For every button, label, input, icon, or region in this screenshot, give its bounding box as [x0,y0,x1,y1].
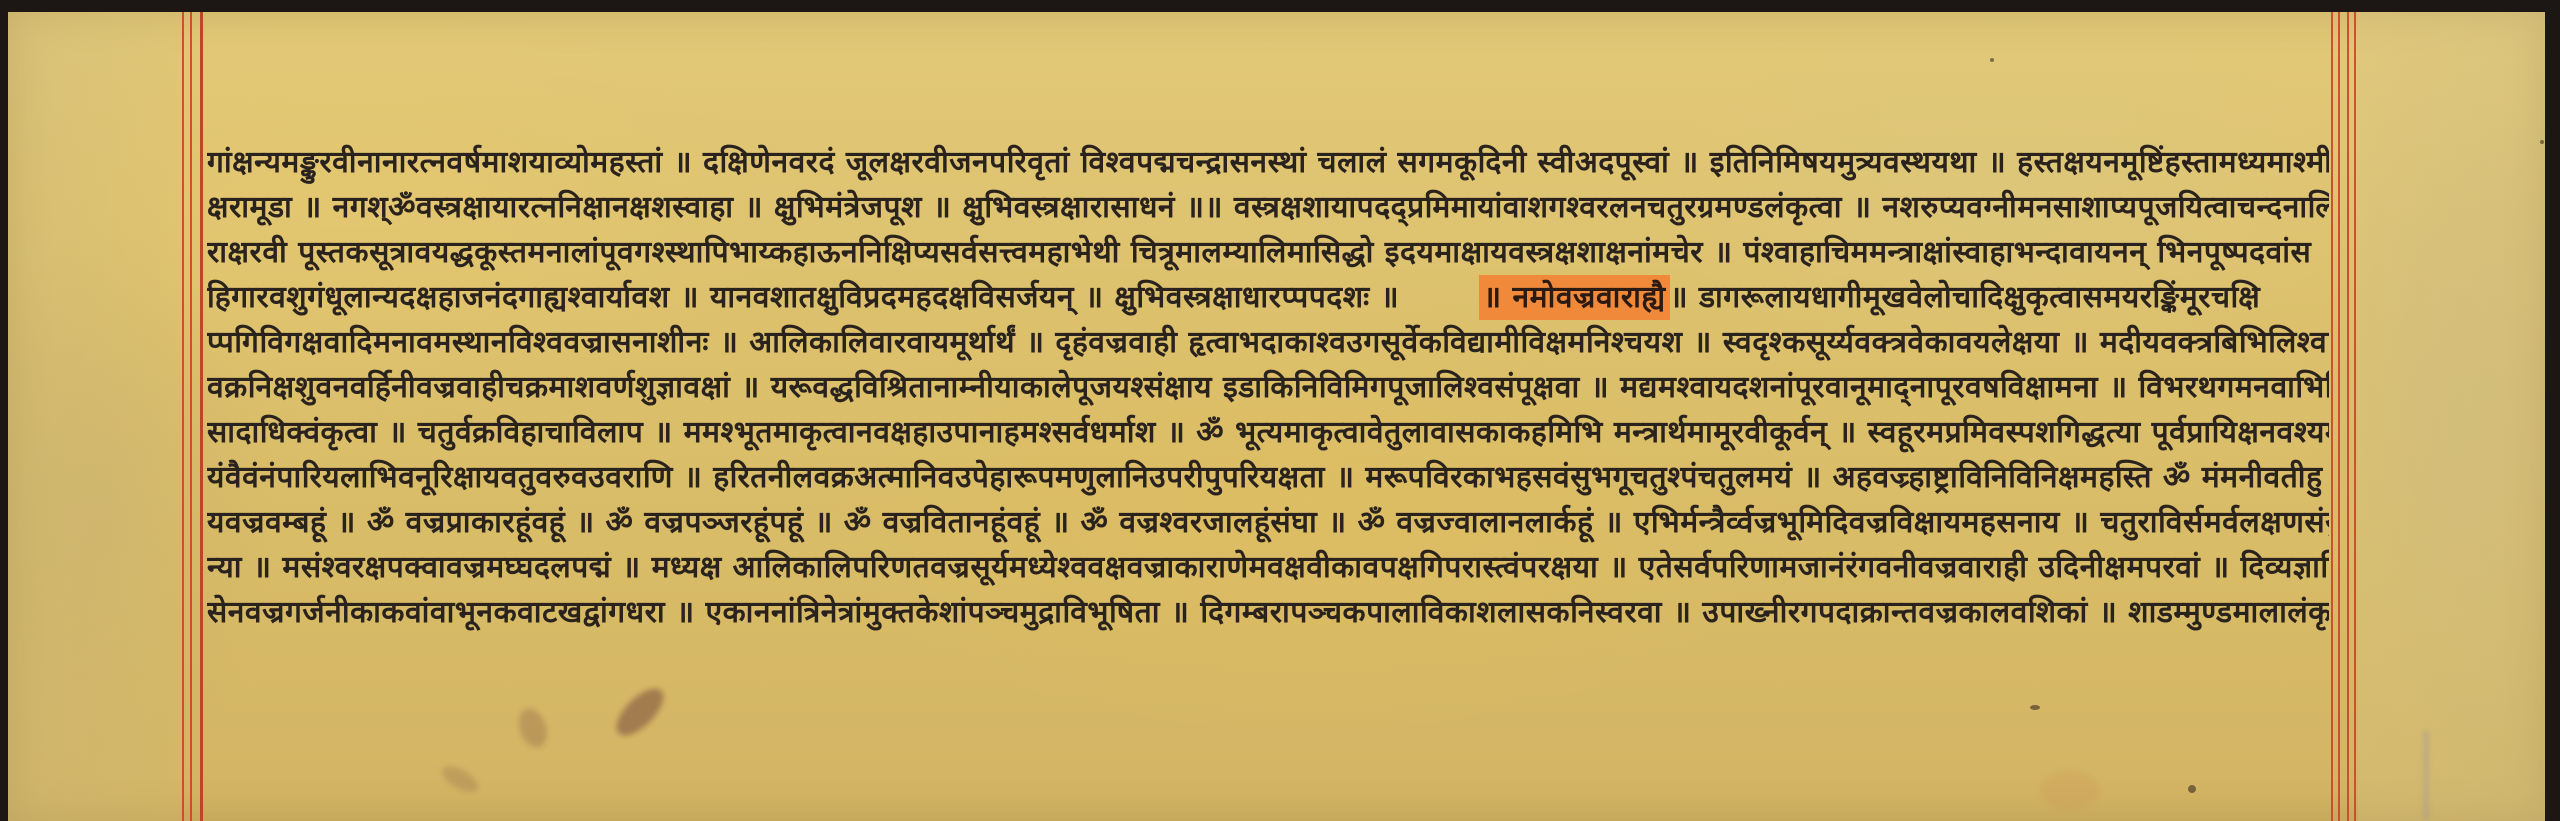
text-line-6: वक्रनिक्षशुवनवर्हिनीवज्रवाहीचक्रमाशवर्णश… [207,365,2329,410]
line-text: यवज्रवम्बहूं ॥ ॐ वज्रप्राकारहूंवहूं ॥ ॐ … [207,500,2329,545]
left-ruling-line [200,12,203,821]
line-text: प्पगिविगक्षवादिमनावमस्थानविश्ववज्रासनाशी… [207,320,2329,365]
line-text: यंवैवंनंपारियलाभिवनूरिक्षायवतुवरुवउवराणि… [207,455,2323,500]
left-margin [8,12,183,821]
right-ruling-line [2331,12,2333,821]
highlighted-invocation: ॥ नमोवज्रवाराह्यै [1479,275,1669,320]
paper-crease [2423,730,2429,820]
text-line-5: प्पगिविगक्षवादिमनावमस्थानविश्ववज्रासनाशी… [207,320,2329,365]
text-line-3: राक्षरवी पूस्तकसूत्रावयद्धकूस्तमनालांपूव… [207,230,2329,275]
right-ruling-line [2354,12,2356,821]
line-text: सादाधिक्वंकृत्वा ॥ चतुर्वक्रविहाचाविलाप … [207,410,2329,455]
line-text: ॥ वस्त्रक्षशायापदद्प्रमिमायांवाशगश्वरलनच… [1205,185,2330,230]
right-margin [2358,12,2545,821]
left-ruling-line [190,12,192,821]
paper-speck [2030,705,2040,710]
ink-stain [2040,770,2100,810]
line-text: ॥ डागरूलायधागीमूखवेलोचादिक्षुकृत्वासमयरङ… [1670,275,2261,320]
line-text: न्या ॥ मसंश्वरक्षपक्वावज्रमघ्घदलपद्मं ॥ … [207,545,2329,590]
right-ruling-line [2338,12,2340,821]
text-line-7: सादाधिक्वंकृत्वा ॥ चतुर्वक्रविहाचाविलाप … [207,410,2329,455]
text-line-11: सेनवज्रगर्जनीकाकवांवाभूनकवाटखद्वांगधरा ॥… [207,590,2329,635]
text-line-4: हिगारवशुगंधूलान्यदक्षहाजनंदगाह्यश्वार्या… [207,275,2329,320]
left-ruling-line [182,12,184,821]
text-line-8: यंवैवंनंपारियलाभिवनूरिक्षायवतुवरुवउवराणि… [207,455,2329,500]
text-line-10: न्या ॥ मसंश्वरक्षपक्वावज्रमघ्घदलपद्मं ॥ … [207,545,2329,590]
paper-speck [2188,785,2196,793]
line-text: हिगारवशुगंधूलान्यदक्षहाजनंदगाह्यश्वार्या… [207,275,1399,320]
line-text: सेनवज्रगर्जनीकाकवांवाभूनकवाटखद्वांगधरा ॥… [207,590,2329,635]
right-ruling-line [2347,12,2349,821]
paper-speck [2540,140,2544,144]
line-text: क्षरामूडा ॥ नगश्ॐवस्त्रक्षायारत्ननिक्षान… [207,185,1205,230]
paper-speck [1990,58,1994,62]
line-text: राक्षरवी पूस्तकसूत्रावयद्धकूस्तमनालांपूव… [207,230,2311,275]
manuscript-text: गांक्षन्यमङ्कुरवीनानारत्नवर्षमाशयाव्योमह… [207,140,2329,635]
line-text: वक्रनिक्षशुवनवर्हिनीवज्रवाहीचक्रमाशवर्णश… [207,365,2329,410]
text-line-2: क्षरामूडा ॥ नगश्ॐवस्त्रक्षायारत्ननिक्षान… [207,185,2329,230]
text-line-9: यवज्रवम्बहूं ॥ ॐ वज्रप्राकारहूंवहूं ॥ ॐ … [207,500,2329,545]
line-text: गांक्षन्यमङ्कुरवीनानारत्नवर्षमाशयाव्योमह… [207,140,2329,185]
text-line-1: गांक्षन्यमङ्कुरवीनानारत्नवर्षमाशयाव्योमह… [207,140,2329,185]
